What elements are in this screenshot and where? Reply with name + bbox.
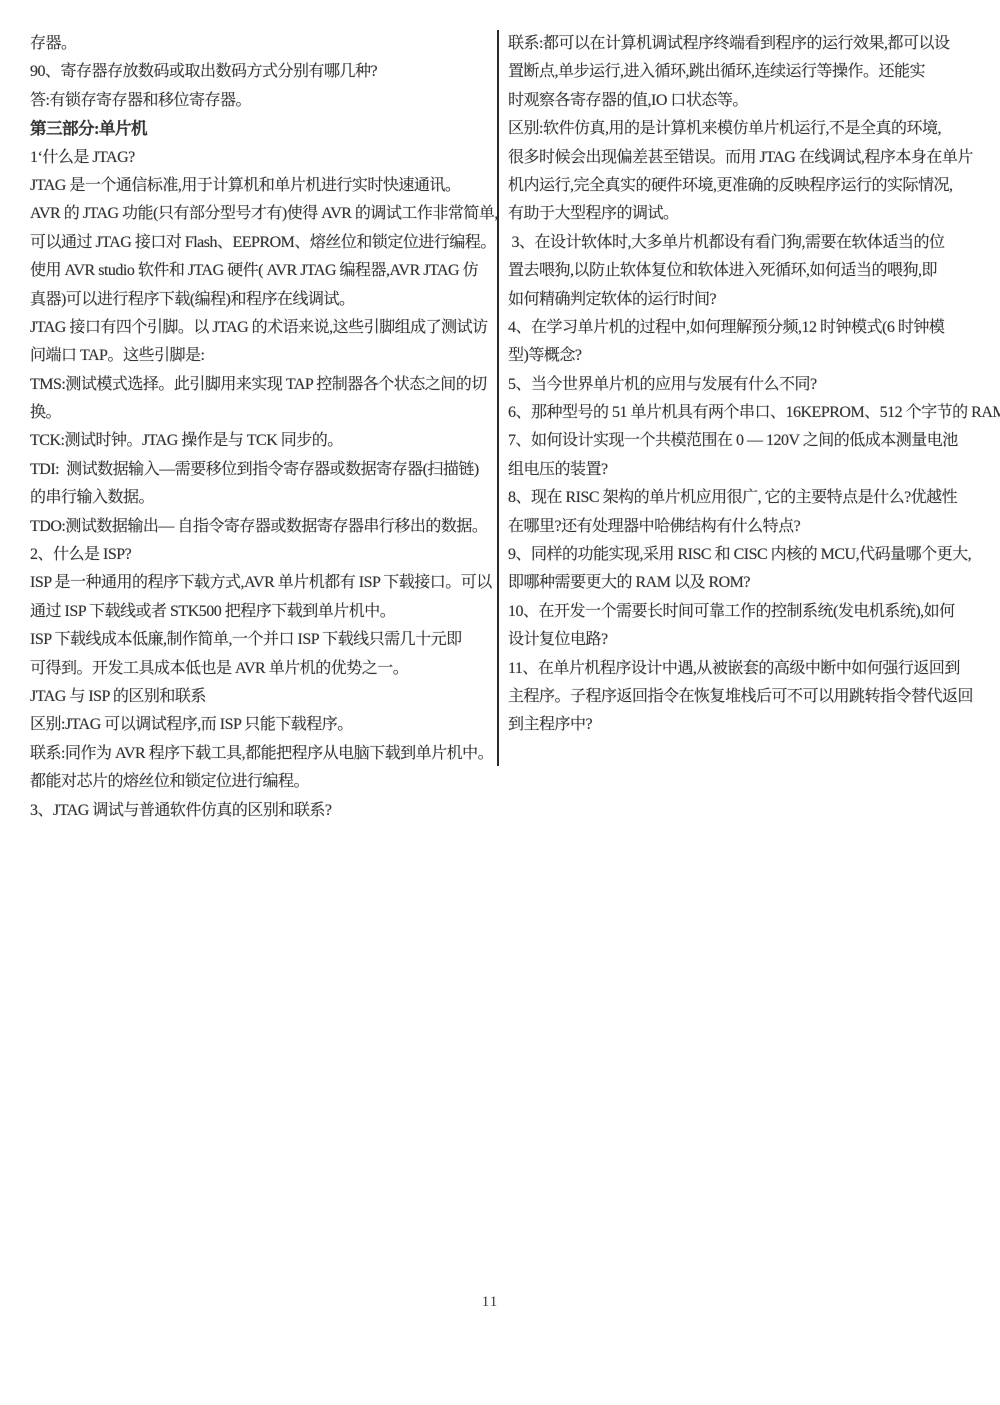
text-line: 答:有锁存寄存器和移位寄存器。 [30,87,492,115]
document-page: 存器。90、寄存器存放数码或取出数码方式分别有哪几种?答:有锁存寄存器和移位寄存… [0,0,1000,1405]
text-line: 5、当今世界单片机的应用与发展有什么不同? [508,371,978,399]
text-line: 时观察各寄存器的值,IO 口状态等。 [508,87,978,115]
text-line: 7、如何设计实现一个共模范围在 0 — 120V 之间的低成本测量电池 [508,427,978,455]
text-line: 设计复位电路? [508,626,978,654]
text-line: 真器)可以进行程序下载(编程)和程序在线调试。 [30,286,492,314]
text-line: 可得到。开发工具成本低也是 AVR 单片机的优势之一。 [30,655,492,683]
text-line: JTAG 接口有四个引脚。以 JTAG 的术语来说,这些引脚组成了测试访 [30,314,492,342]
text-line: 可以通过 JTAG 接口对 Flash、EEPROM、熔丝位和锁定位进行编程。 [30,229,492,257]
text-line: 第三部分:单片机 [30,115,492,143]
text-line: 都能对芯片的熔丝位和锁定位进行编程。 [30,768,492,796]
text-line: 2、什么是 ISP? [30,541,492,569]
text-line: JTAG 是一个通信标准,用于计算机和单片机进行实时快速通讯。 [30,172,492,200]
text-line: 4、在学习单片机的过程中,如何理解预分频,12 时钟模式(6 时钟模 [508,314,978,342]
text-line: 9、同样的功能实现,采用 RISC 和 CISC 内核的 MCU,代码量哪个更大… [508,541,978,569]
text-line: 置去喂狗,以防止软体复位和软体进入死循环,如何适当的喂狗,即 [508,257,978,285]
text-line: 组电压的装置? [508,456,978,484]
text-line: JTAG 与 ISP 的区别和联系 [30,683,492,711]
text-line: ISP 是一种通用的程序下载方式,AVR 单片机都有 ISP 下载接口。可以 [30,569,492,597]
text-line: 存器。 [30,30,492,58]
text-line: 通过 ISP 下载线或者 STK500 把程序下载到单片机中。 [30,598,492,626]
text-line: 机内运行,完全真实的硬件环境,更准确的反映程序运行的实际情况, [508,172,978,200]
column-divider [497,30,499,766]
text-line: 11、在单片机程序设计中遇,从被嵌套的高级中断中如何强行返回到 [508,655,978,683]
text-line: 到主程序中? [508,711,978,739]
page-number: 11 [0,1294,980,1311]
text-line: TCK:测试时钟。JTAG 操作是与 TCK 同步的。 [30,427,492,455]
text-line: 很多时候会出现偏差甚至错误。而用 JTAG 在线调试,程序本身在单片 [508,144,978,172]
text-line: 区别:软件仿真,用的是计算机来模仿单片机运行,不是全真的环境, [508,115,978,143]
text-line: 3、在设计软体时,大多单片机都设有看门狗,需要在软体适当的位 [508,229,978,257]
right-text-column: 联系:都可以在计算机调试程序终端看到程序的运行效果,都可以设置断点,单步运行,进… [508,30,978,740]
text-line: 的串行输入数据。 [30,484,492,512]
text-line: 即哪种需要更大的 RAM 以及 ROM? [508,569,978,597]
text-line: 6、那种型号的 51 单片机具有两个串口、16KEPROM、512 个字节的 R… [508,399,978,427]
text-line: AVR 的 JTAG 功能(只有部分型号才有)使得 AVR 的调试工作非常简单, [30,200,492,228]
text-line: TDO:测试数据输出— 自指令寄存器或数据寄存器串行移出的数据。 [30,513,492,541]
text-line: 主程序。子程序返回指令在恢复堆栈后可不可以用跳转指令替代返回 [508,683,978,711]
text-line: 90、寄存器存放数码或取出数码方式分别有哪几种? [30,58,492,86]
left-text-column: 存器。90、寄存器存放数码或取出数码方式分别有哪几种?答:有锁存寄存器和移位寄存… [30,30,492,825]
text-line: 使用 AVR studio 软件和 JTAG 硬件( AVR JTAG 编程器,… [30,257,492,285]
text-line: 3、JTAG 调试与普通软件仿真的区别和联系? [30,797,492,825]
text-line: 联系:都可以在计算机调试程序终端看到程序的运行效果,都可以设 [508,30,978,58]
text-line: TDI: 测试数据输入—需要移位到指令寄存器或数据寄存器(扫描链) [30,456,492,484]
text-line: 8、现在 RISC 架构的单片机应用很广, 它的主要特点是什么?优越性 [508,484,978,512]
text-line: TMS:测试模式选择。此引脚用来实现 TAP 控制器各个状态之间的切 [30,371,492,399]
text-line: 联系:同作为 AVR 程序下载工具,都能把程序从电脑下载到单片机中。 [30,740,492,768]
text-line: 在哪里?还有处理器中哈佛结构有什么特点? [508,513,978,541]
text-line: 1‘什么是 JTAG? [30,144,492,172]
text-line: 区别:JTAG 可以调试程序,而 ISP 只能下载程序。 [30,711,492,739]
text-line: 问端口 TAP。这些引脚是: [30,342,492,370]
text-line: 有助于大型程序的调试。 [508,200,978,228]
text-line: 如何精确判定软体的运行时间? [508,286,978,314]
text-line: 型)等概念? [508,342,978,370]
text-line: 10、在开发一个需要长时间可靠工作的控制系统(发电机系统),如何 [508,598,978,626]
text-line: ISP 下载线成本低廉,制作简单,一个并口 ISP 下载线只需几十元即 [30,626,492,654]
text-line: 置断点,单步运行,进入循环,跳出循环,连续运行等操作。还能实 [508,58,978,86]
text-line: 换。 [30,399,492,427]
